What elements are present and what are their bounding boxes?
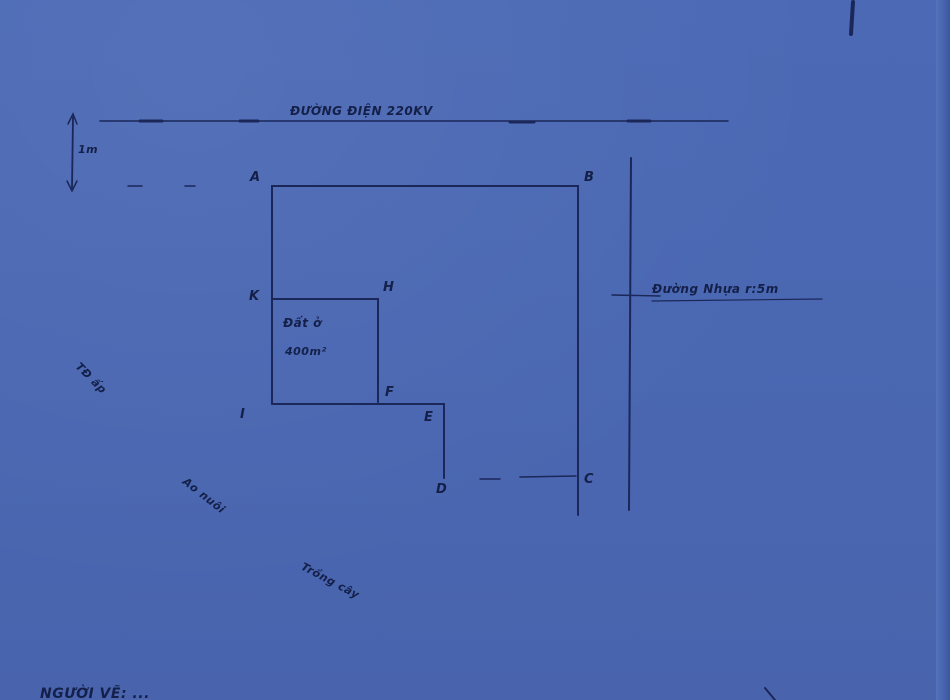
- vertex-b: B: [584, 170, 594, 185]
- road-line: [629, 158, 631, 510]
- vertex-a: A: [250, 170, 261, 185]
- vertex-e: E: [424, 410, 433, 425]
- vertex-d: D: [436, 482, 447, 497]
- vertex-c: C: [584, 472, 594, 487]
- vertex-h: H: [383, 280, 394, 295]
- road-label: Đường Nhựa r:5m: [652, 282, 779, 296]
- vertex-f: F: [385, 385, 394, 400]
- plot-drawing: [0, 0, 950, 700]
- ink-mark: [851, 2, 853, 34]
- dimension-line: [72, 117, 73, 188]
- land-type-label: Đất ở: [283, 316, 322, 330]
- bottom-cutoff-text: NGƯỜI VẼ: ...: [40, 686, 150, 700]
- plot-step: [272, 404, 444, 478]
- power-line-label: ĐƯỜNG ĐIỆN 220KV: [290, 104, 433, 118]
- land-area-label: 400m²: [285, 345, 327, 358]
- vertex-k: K: [249, 289, 260, 304]
- vertex-i: I: [240, 407, 245, 422]
- dimension-label: 1m: [78, 143, 98, 156]
